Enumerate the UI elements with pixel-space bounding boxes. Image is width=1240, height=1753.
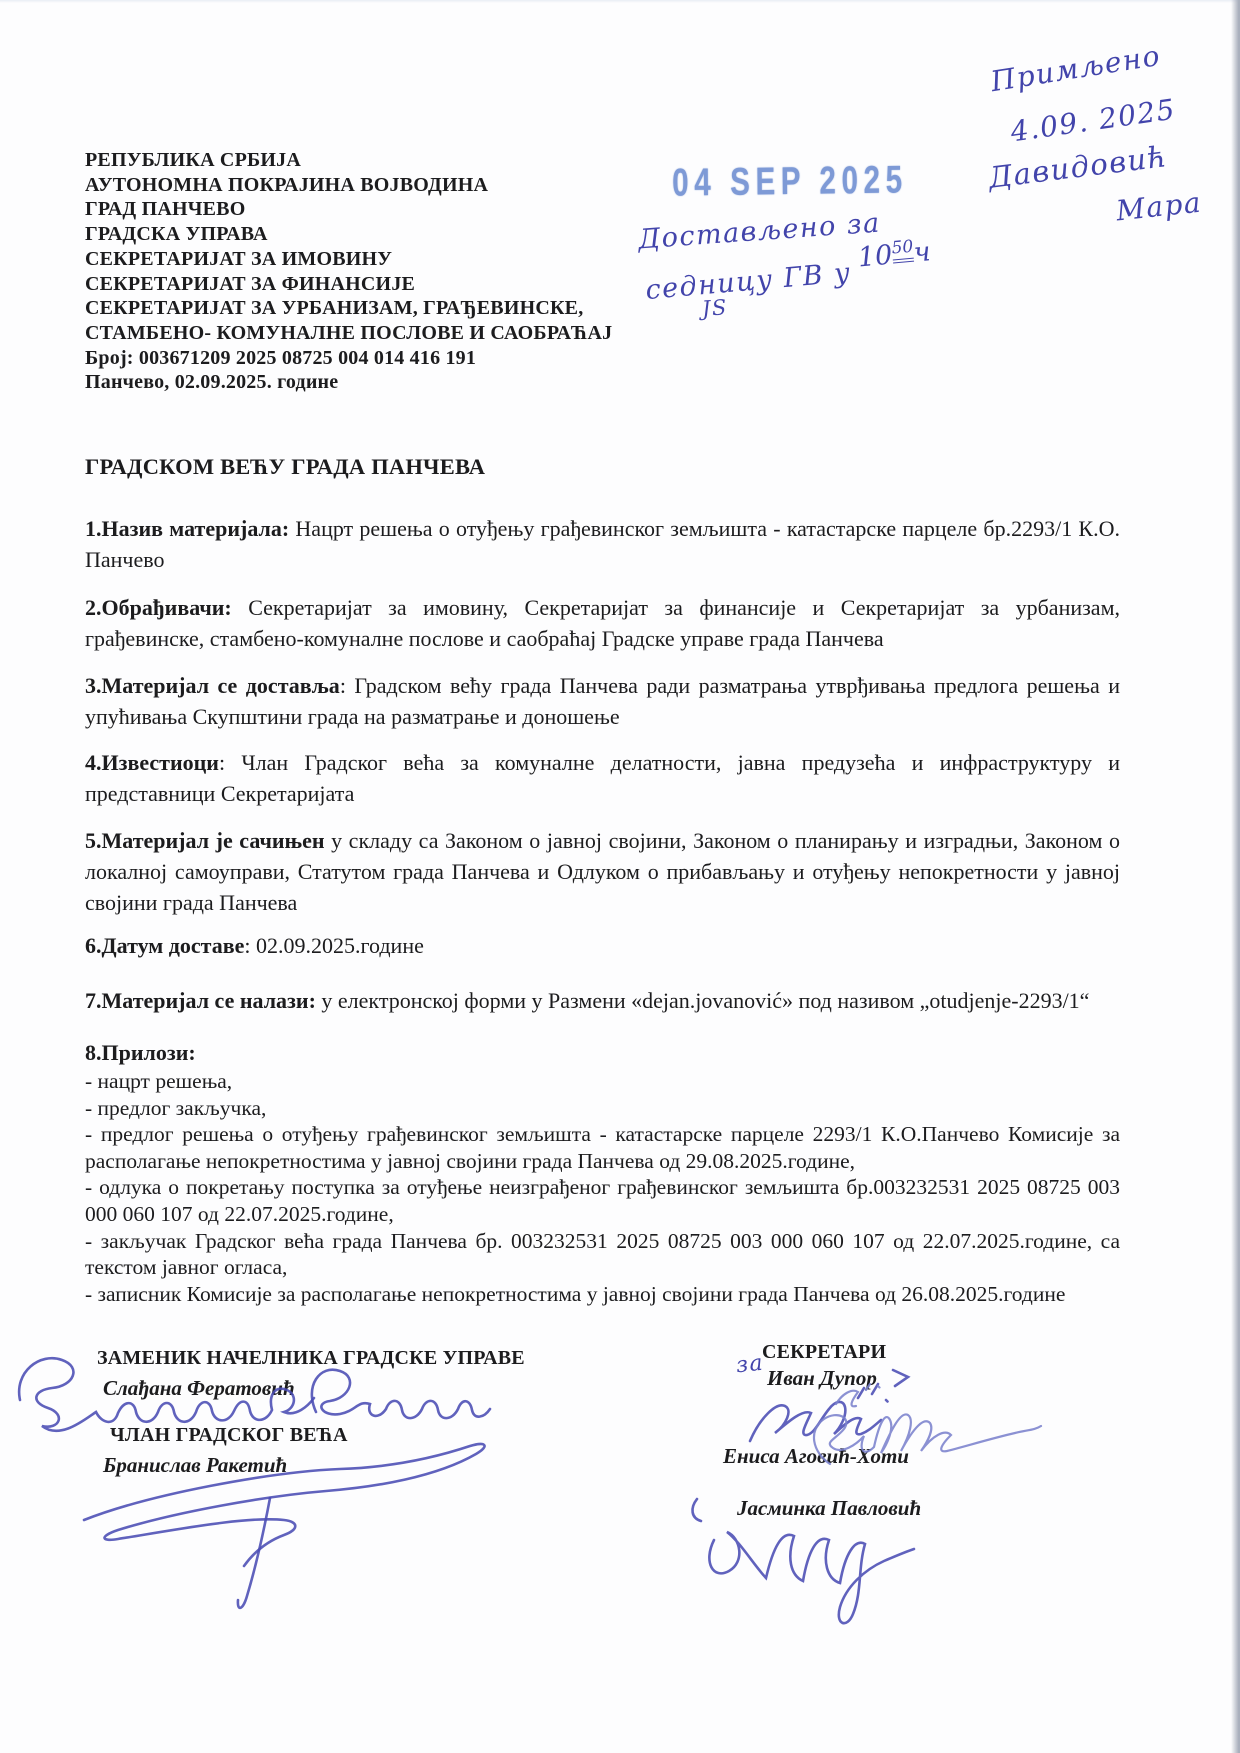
date-stamp: 04 SEP 2025 [672, 158, 908, 205]
letterhead-line: СТАМБЕНО- КОМУНАЛНЕ ПОСЛОВЕ И САОБРАЋАЈ [85, 321, 1120, 346]
signer-name-pavlovic: Јасминка Павловић [737, 1496, 921, 1521]
section-label: 2.Обрађивачи: [85, 595, 232, 620]
section-naziv-materijala: 1.Назив материјала: Нацрт решења о отуђе… [85, 513, 1120, 575]
section-text: : Члан Градског већа за комуналне делатн… [85, 750, 1120, 806]
signer-title-deputy-head: ЗАМЕНИК НАЧЕЛНИКА ГРАДСКЕ УПРАВЕ [97, 1347, 525, 1370]
letterhead: РЕПУБЛИКА СРБИЈА АУТОНОМНА ПОКРАЈИНА ВОЈ… [85, 148, 1120, 395]
letterhead-line: СЕКРЕТАРИЈАТ ЗА ФИНАНСИЈЕ [85, 272, 1120, 297]
handwritten-initials: ЈЅ [701, 295, 728, 321]
section-text: у електронској форми у Размени «dejan.jo… [316, 988, 1090, 1013]
section-datum-dostave: 6.Датум доставе: 02.09.2025.године [85, 930, 1120, 961]
letterhead-line: СЕКРЕТАРИЈАТ ЗА УРБАНИЗАМ, ГРАЂЕВИНСКЕ, [85, 296, 1120, 321]
section-label: 4.Известиоци [85, 750, 219, 775]
letterhead-line: ГРАДСКА УПРАВА [85, 222, 1120, 247]
section-label: 1.Назив материјала: [85, 516, 289, 541]
section-label: 5.Материјал је сачињен [85, 828, 325, 853]
attachment-item: - записник Комисије за располагање непок… [85, 1281, 1120, 1308]
attachment-item: - одлука о покретању поступка за отуђење… [85, 1174, 1120, 1227]
document-place-date: Панчево, 02.09.2025. године [85, 370, 1120, 395]
handwritten-received-word: Примљено [988, 39, 1163, 98]
signer-name-feratovic: Слађана Фератовић [103, 1376, 295, 1401]
delivery-hour-minutes: 50 [891, 237, 915, 264]
section-text: Секретаријат за имовину, Секретаријат за… [85, 595, 1120, 651]
delivery-hour: 10 [857, 240, 894, 274]
signer-title-secretaries: СЕКРЕТАРИ [762, 1341, 886, 1364]
signer-name-dupor: Иван Дупор [767, 1366, 877, 1391]
section-label: 8.Прилози: [85, 1040, 196, 1065]
signer-title-council-member: ЧЛАН ГРАДСКОГ ВЕЋА [110, 1424, 348, 1447]
section-label: 7.Материјал се налази: [85, 988, 316, 1013]
handwritten-za-mark: за [735, 1351, 766, 1379]
attachment-item: - предлог решења о отуђењу грађевинског … [85, 1121, 1120, 1174]
signer-name-agovic-hoti: Ениса Аговић-Хоти [723, 1444, 909, 1469]
attachment-item: - закључак Градског већа града Панчева б… [85, 1228, 1120, 1281]
section-izvestioci: 4.Известиоци: Члан Градског већа за кому… [85, 747, 1120, 809]
section-materijal-je-sacinjen: 5.Материјал је сачињен у складу са Закон… [85, 825, 1120, 918]
handwritten-received-firstname: Мара [1115, 186, 1204, 228]
delivery-note-time: 1050ч [857, 236, 932, 273]
section-label: 6.Датум доставе [85, 933, 244, 958]
attachment-item: - предлог закључка, [85, 1095, 1120, 1122]
section-obradjivaci: 2.Обрађивачи: Секретаријат за имовину, С… [85, 592, 1120, 654]
letterhead-line: РЕПУБЛИКА СРБИЈА [85, 148, 1120, 173]
signer-name-raketic: Бранислав Ракетић [103, 1453, 287, 1478]
section-materijal-se-nalazi: 7.Материјал се налази: у електронској фо… [85, 985, 1120, 1016]
letterhead-line: АУТОНОМНА ПОКРАЈИНА ВОЈВОДИНА [85, 173, 1120, 198]
addressee-heading: ГРАДСКОМ ВЕЋУ ГРАДА ПАНЧЕВА [85, 452, 1120, 482]
section-text: : 02.09.2025.године [244, 933, 423, 958]
section-prilozi-label: 8.Прилози: [85, 1038, 1120, 1068]
delivery-hour-unit: ч [912, 236, 931, 268]
scan-right-edge-shadow [1231, 0, 1240, 1753]
section-label: 3.Материјал се доставља [85, 673, 340, 698]
letterhead-line: ГРАД ПАНЧЕВО [85, 197, 1120, 222]
section-materijal-se-dostavlja: 3.Материјал се доставља: Градском већу г… [85, 670, 1120, 732]
letterhead-line: СЕКРЕТАРИЈАТ ЗА ИМОВИНУ [85, 247, 1120, 272]
attachments-list: - нацрт решења, - предлог закључка, - пр… [85, 1068, 1120, 1307]
scanned-document-page: { "document": { "header_lines": [ "РЕПУБ… [0, 0, 1240, 1753]
attachment-item: - нацрт решења, [85, 1068, 1120, 1095]
scan-top-edge [0, 0, 1240, 3]
document-number: Број: 003671209 2025 08725 004 014 416 1… [85, 346, 1120, 371]
document-body: РЕПУБЛИКА СРБИЈА АУТОНОМНА ПОКРАЈИНА ВОЈ… [85, 148, 1120, 1307]
